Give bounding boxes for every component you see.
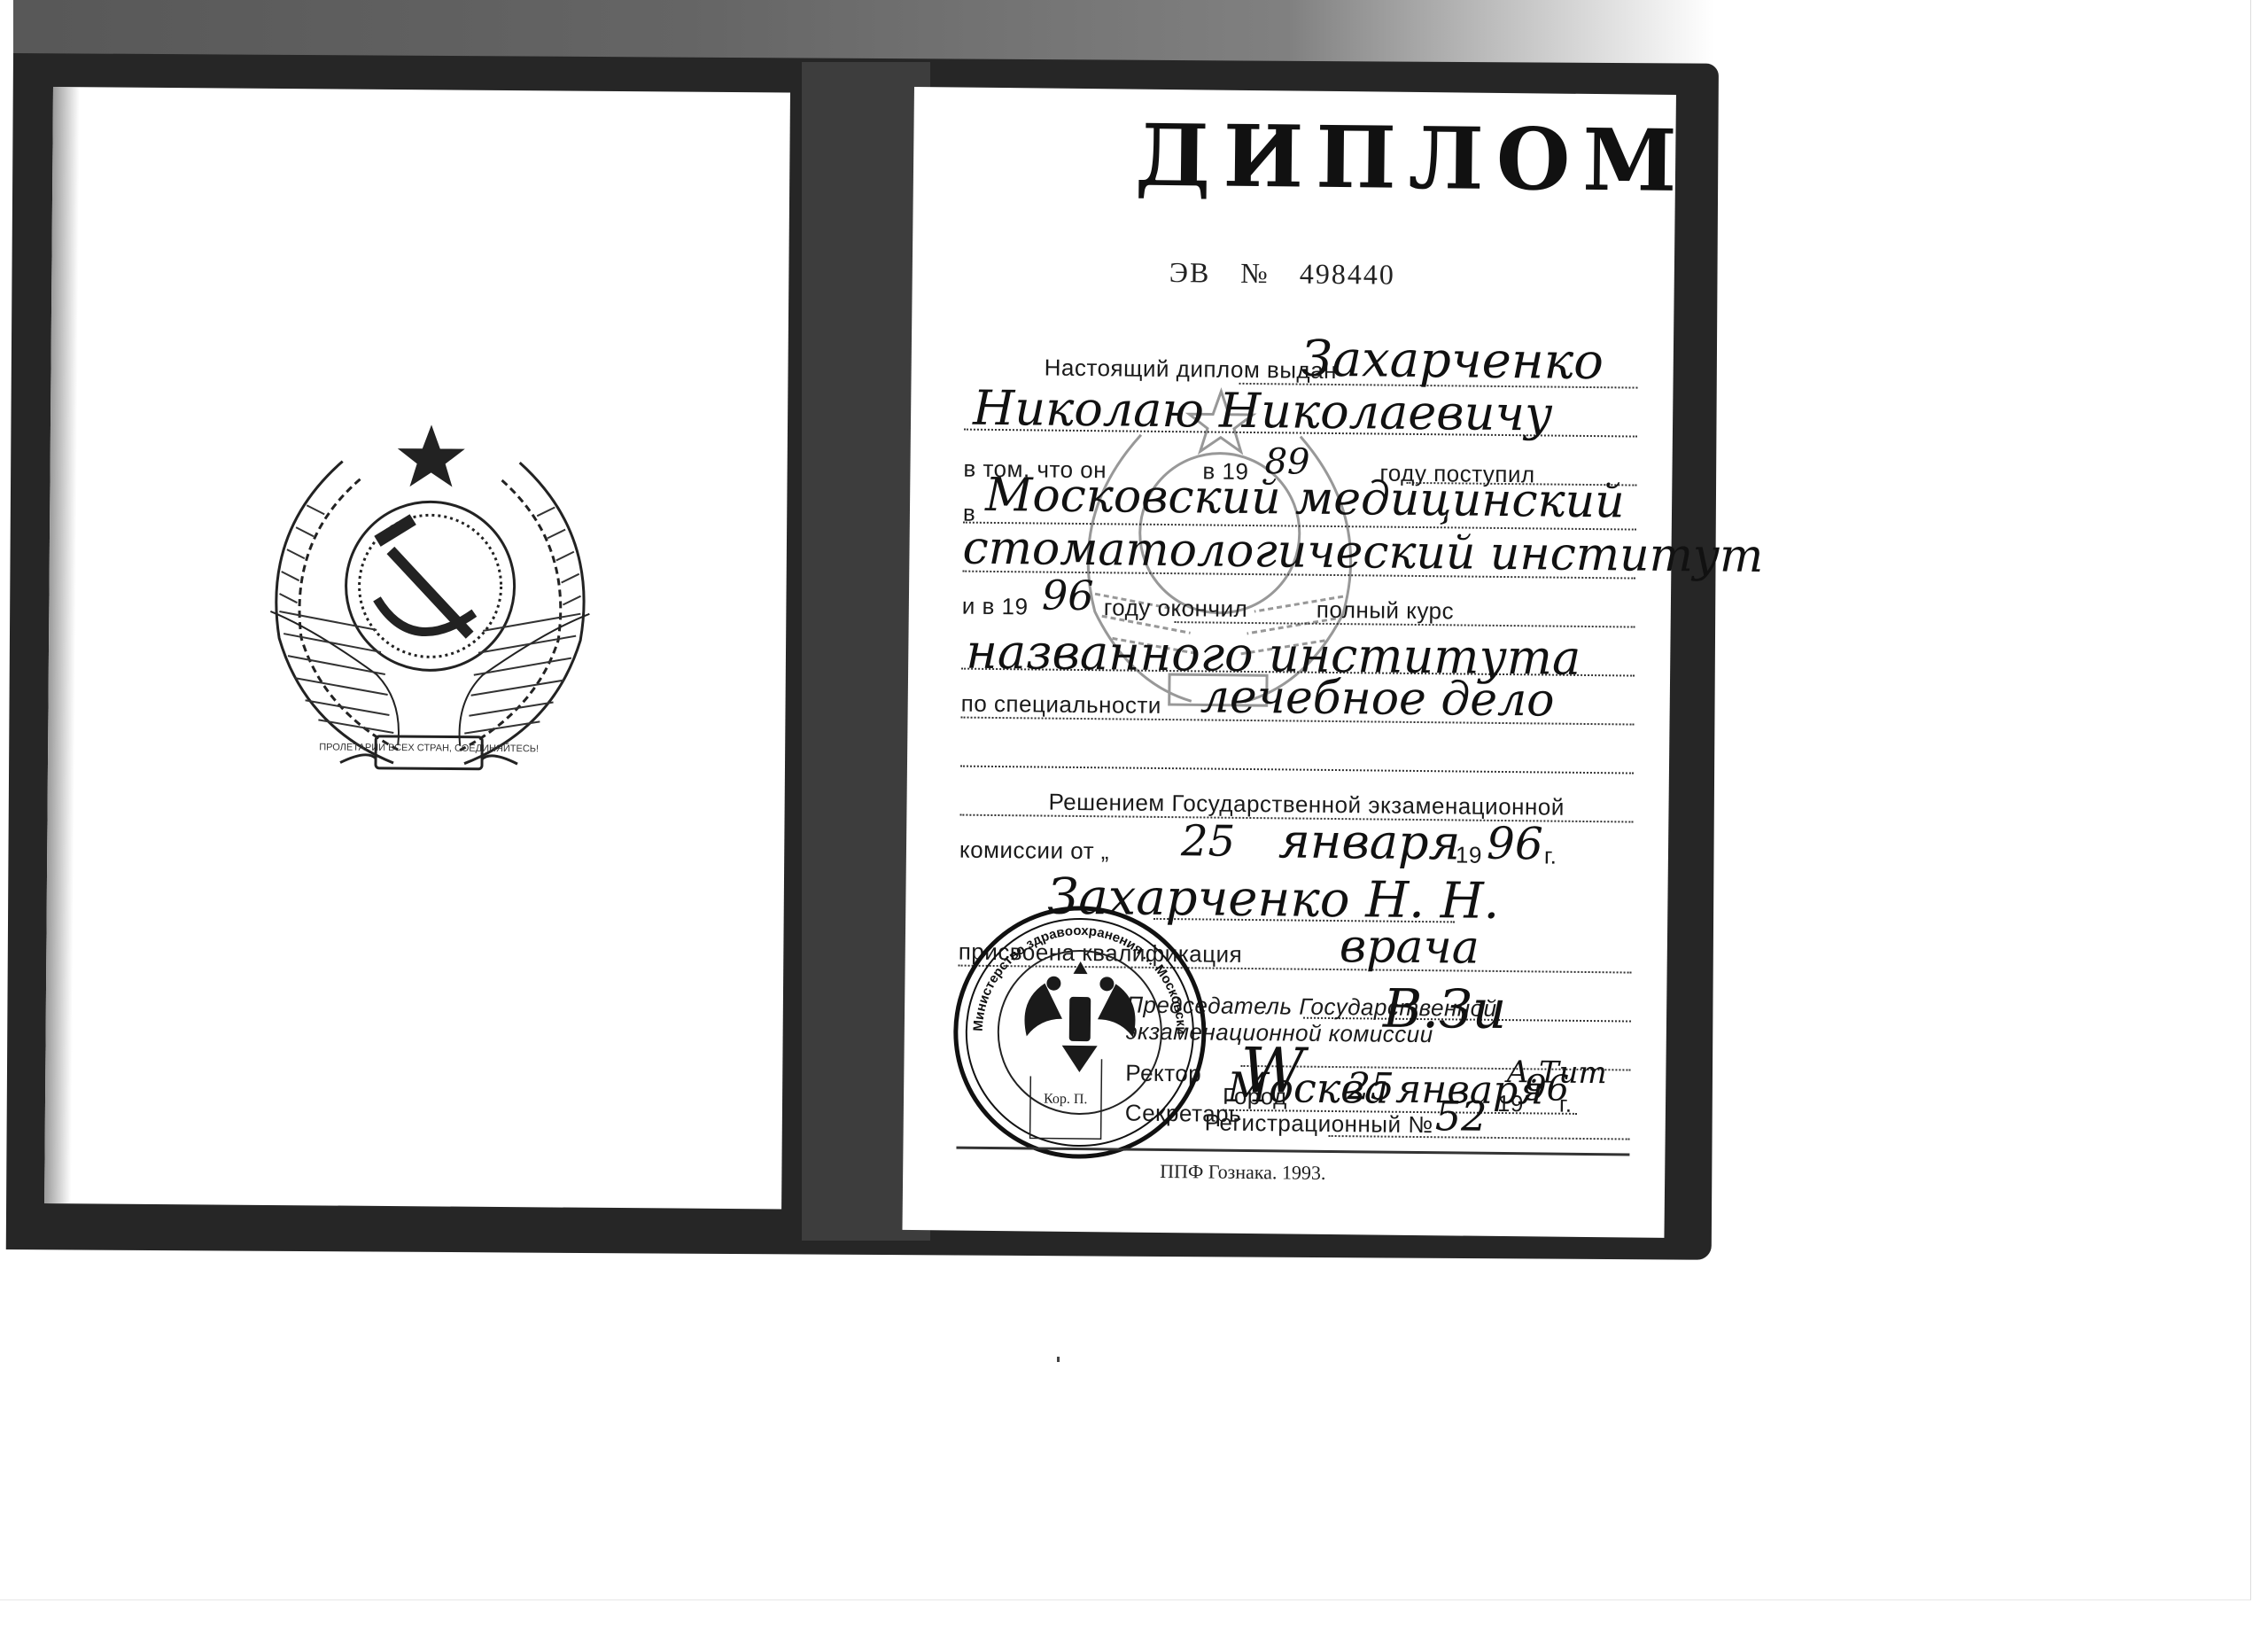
handwritten-issue-day: 25	[1347, 1064, 1394, 1109]
printer-imprint: ППФ Гознака. 1993.	[1160, 1160, 1326, 1185]
official-stamp: Министерство здравоохранения … Московски…	[945, 898, 1240, 1166]
emblem-ribbon-text: ПРОЛЕТАРИИ ВСЕХ СТРАН, СОЕДИНЯЙТЕСЬ!	[319, 741, 539, 754]
diploma-serial: ЭВ № 498440	[1169, 256, 1417, 292]
label-graduated: году окончил	[1104, 594, 1248, 623]
label-full-course: полный курс	[1317, 596, 1455, 626]
label-specialty: по специальности	[961, 690, 1161, 720]
handwritten-year-graduated: 96	[1042, 572, 1094, 620]
ussr-state-emblem-icon: ПРОЛЕТАРИИ ВСЕХ СТРАН, СОЕДИНЯЙТЕСЬ!	[243, 408, 617, 800]
handwritten-given-names: Николаю Николаевичу	[973, 380, 1553, 442]
label-issued-to: Настоящий диплом выдан	[1045, 354, 1338, 385]
handwritten-institute-1: Московский медицинский	[985, 469, 1625, 529]
stamp-ring-text: Министерство здравоохранения … Московски…	[945, 898, 1190, 1035]
diploma-number: 498440	[1300, 258, 1395, 291]
handwritten-decision-month: января	[1278, 813, 1461, 870]
stamp-inner-text: Кор. П.	[1044, 1092, 1088, 1108]
label-commission: комиссии от „	[959, 837, 1109, 866]
scan-sheet: ПРОЛЕТАРИИ ВСЕХ СТРАН, СОЕДИНЯЙТЕСЬ! ДИП…	[0, 0, 2251, 1600]
right-page: ДИПЛОМ ЭВ № 498440	[902, 87, 1675, 1238]
number-sign: №	[1240, 257, 1270, 289]
diploma-title: ДИПЛОМ	[1135, 105, 1690, 212]
handwritten-decision-year: 96	[1487, 818, 1543, 870]
handwritten-decision-day: 25	[1181, 816, 1236, 867]
label-year-suffix: г.	[1544, 842, 1557, 869]
handwritten-issue-year: 96	[1524, 1068, 1569, 1109]
left-page: ПРОЛЕТАРИИ ВСЕХ СТРАН, СОЕДИНЯЙТЕСЬ!	[44, 87, 790, 1209]
label-and-in: и в 19	[962, 593, 1029, 621]
handwritten-qualification: врача	[1340, 920, 1480, 975]
diploma-series: ЭВ	[1169, 256, 1211, 288]
scan-speck	[1057, 1357, 1060, 1362]
handwritten-specialty: лечебное дело	[1200, 670, 1554, 727]
handwritten-surname: Захарченко	[1301, 331, 1604, 392]
handwritten-registration-number: 52	[1435, 1092, 1487, 1140]
fill-line	[960, 766, 1634, 774]
chairman-signature: В.Зи	[1383, 978, 1507, 1041]
label-registration: Регистрационный №	[1205, 1109, 1433, 1139]
russian-double-headed-eagle-icon	[1024, 961, 1136, 1072]
